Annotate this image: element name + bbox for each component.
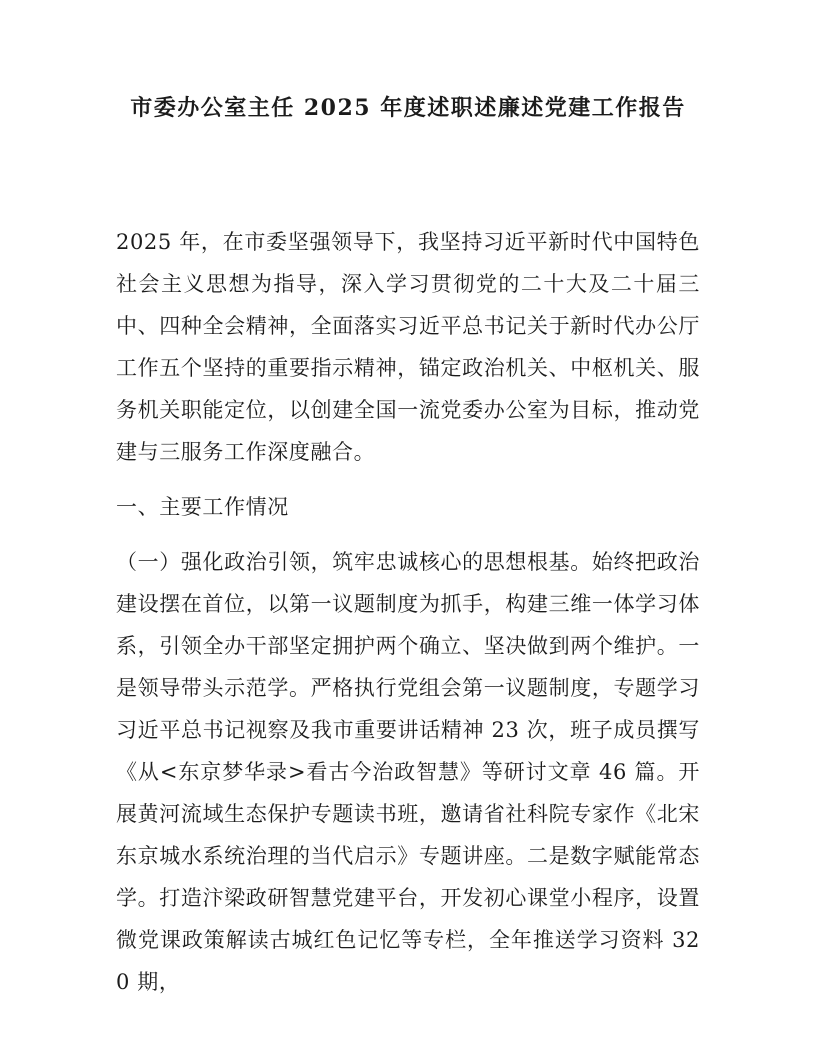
document-page: 市委办公室主任 2025 年度述职述廉述党建工作报告 2025 年，在市委坚强领… bbox=[0, 0, 816, 1056]
intro-paragraph: 2025 年，在市委坚强领导下，我坚持习近平新时代中国特色社会主义思想为指导，深… bbox=[116, 221, 700, 473]
document-title: 市委办公室主任 2025 年度述职述廉述党建工作报告 bbox=[116, 92, 700, 124]
section-heading: 一、主要工作情况 bbox=[116, 486, 700, 528]
section-1-paragraph: （一）强化政治引领，筑牢忠诚核心的思想根基。始终把政治建设摆在首位，以第一议题制… bbox=[116, 541, 700, 1003]
